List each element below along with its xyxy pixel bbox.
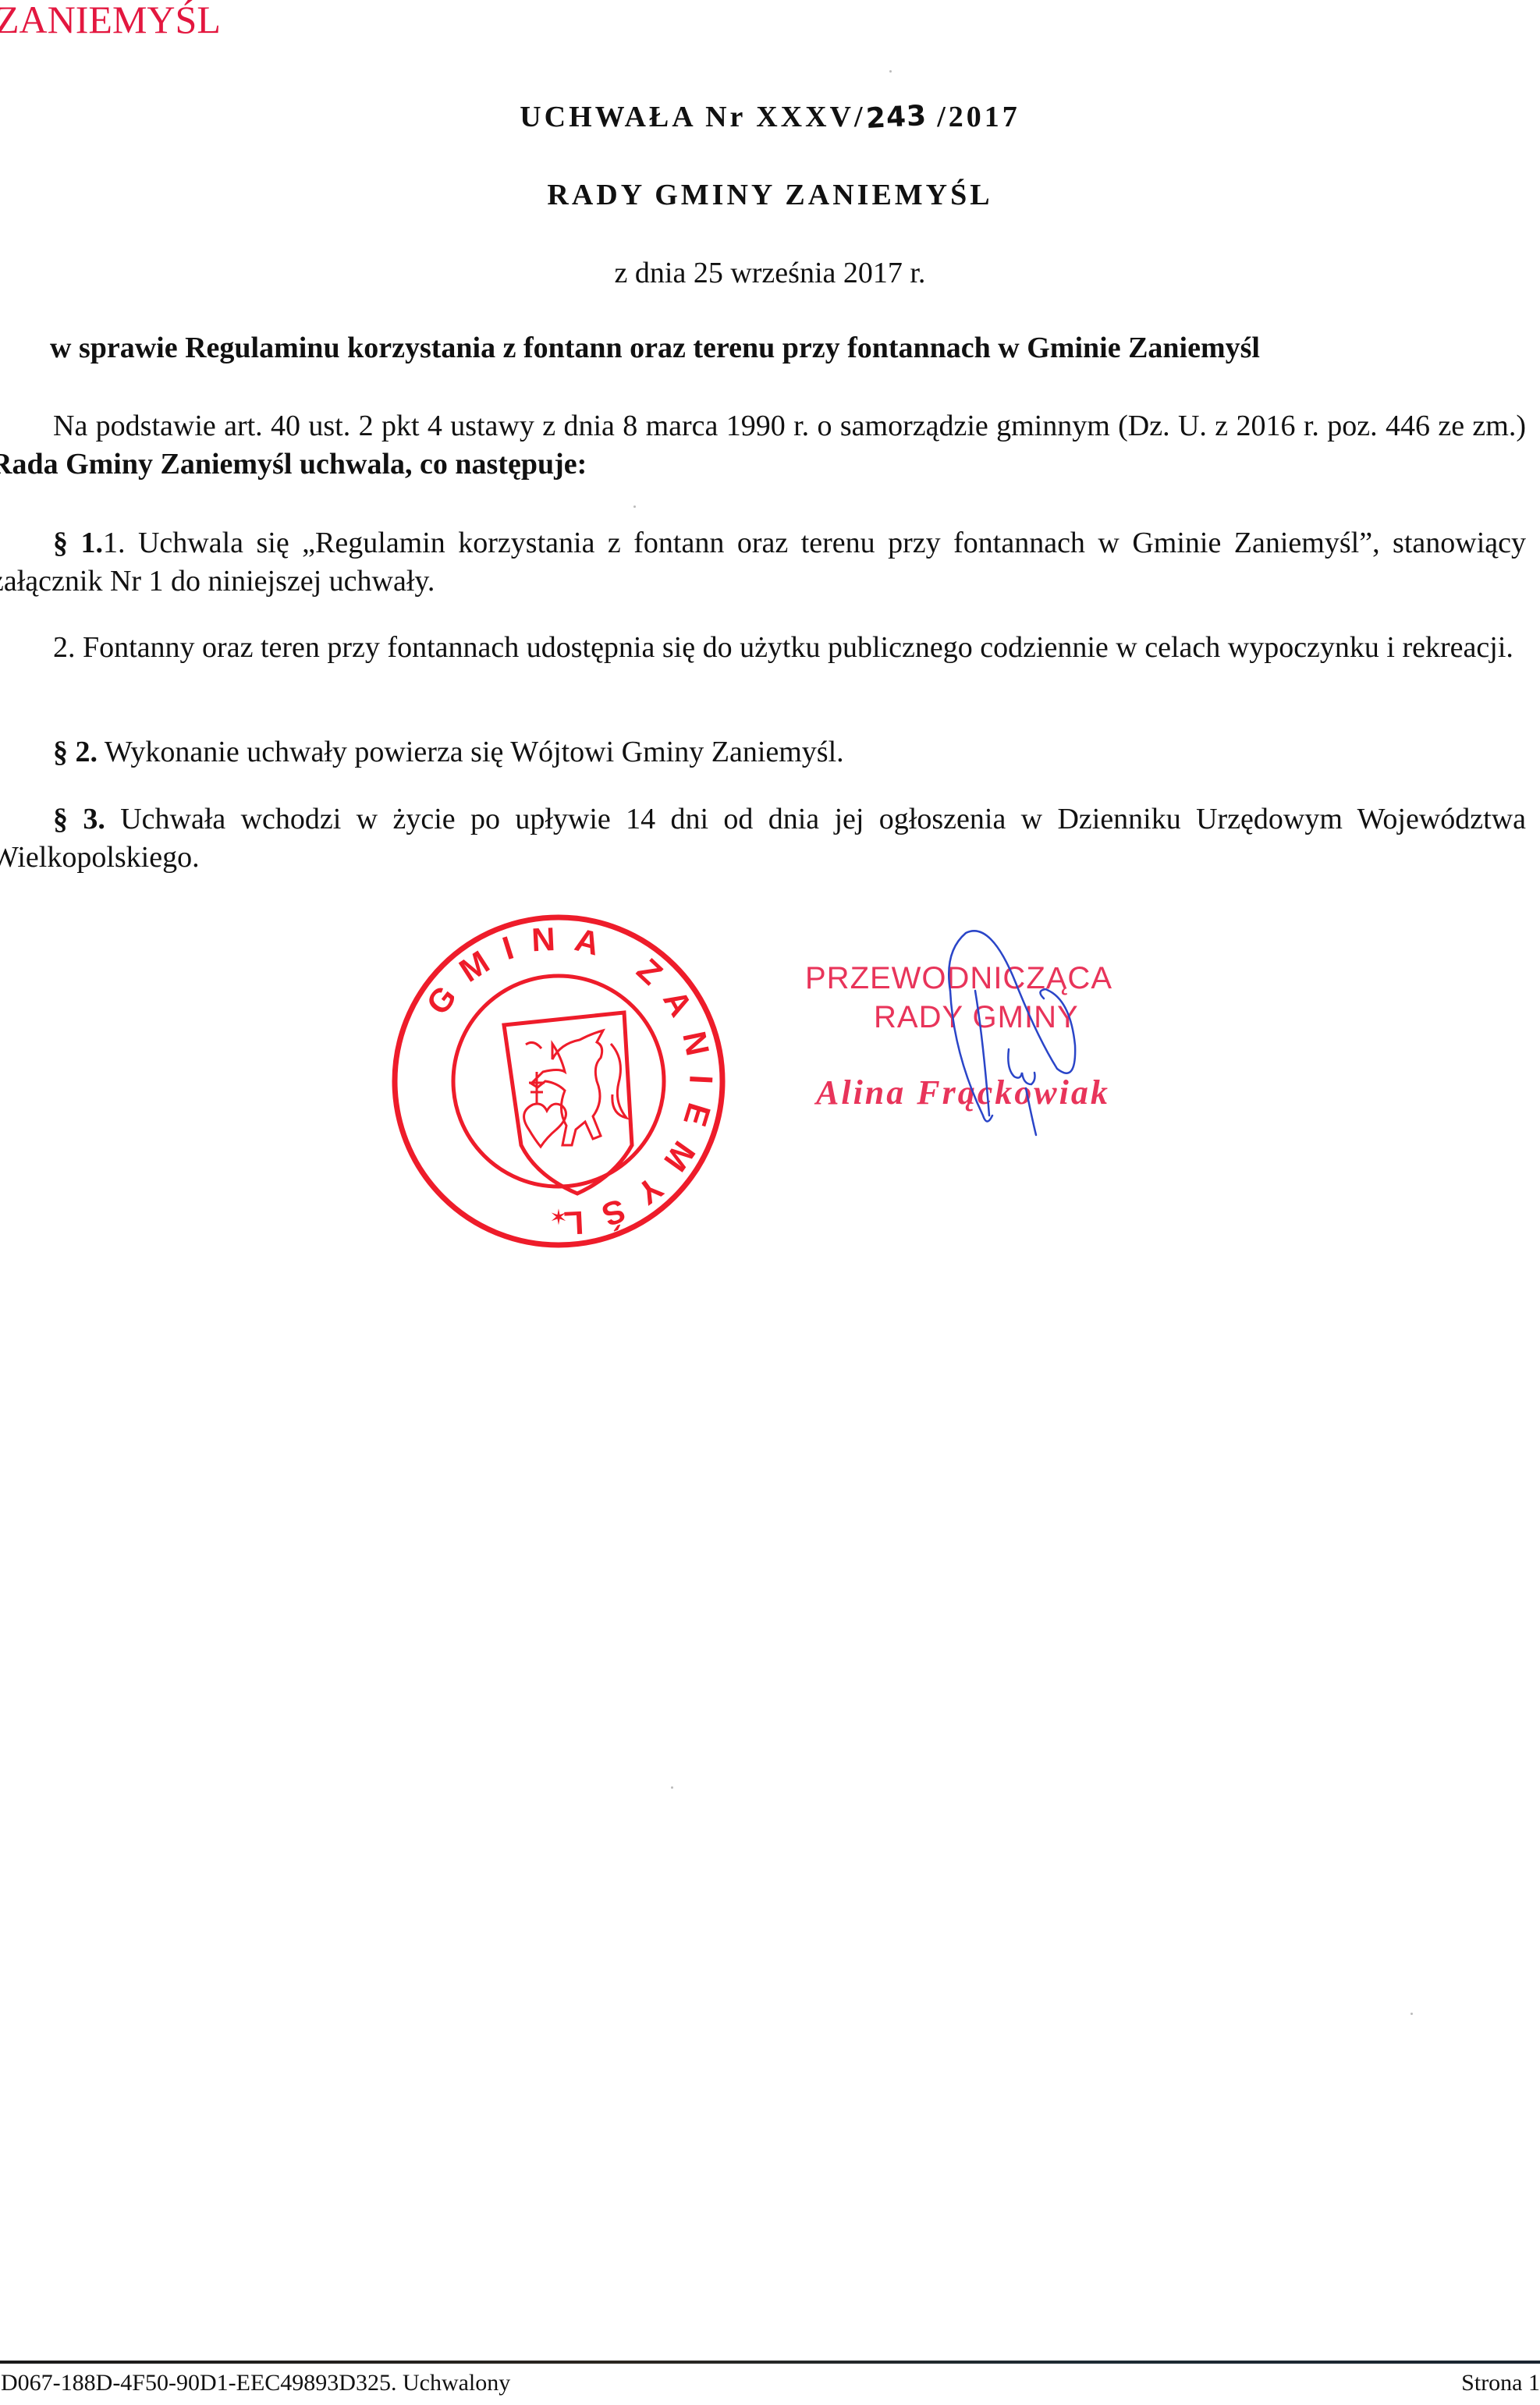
seal-inner-ring-icon bbox=[453, 976, 664, 1187]
handwritten-number: 243 bbox=[865, 100, 928, 135]
footer-divider bbox=[0, 2361, 1540, 2364]
preamble-paragraph: Na podstawie art. 40 ust. 2 pkt 4 ustawy… bbox=[0, 407, 1526, 484]
municipality-stamp-header: ZANIEMYŚL bbox=[0, 0, 221, 42]
heart-cross-icon bbox=[524, 1072, 566, 1147]
resolution-number-prefix: UCHWAŁA Nr XXXV/ bbox=[520, 101, 865, 133]
section-3: § 3. Uchwała wchodzi w życie po upływie … bbox=[0, 800, 1526, 877]
scan-speck bbox=[633, 505, 636, 508]
section-3-text: Uchwała wchodzi w życie po upływie 14 dn… bbox=[0, 803, 1526, 874]
section-1-label: § 1. bbox=[53, 527, 103, 559]
document-id: 5D067-188D-4F50-90D1-EEC49893D325. Uchwa… bbox=[0, 2370, 510, 2396]
issuing-body: RADY GMINY ZANIEMYŚL bbox=[0, 178, 1540, 212]
section-3-label: § 3. bbox=[53, 803, 105, 835]
section-2: § 2. Wykonanie uchwały powierza się Wójt… bbox=[0, 733, 1526, 772]
seal-star-icon: ✶ bbox=[549, 1206, 567, 1230]
handwritten-signature-icon bbox=[788, 920, 1256, 1155]
resolution-subject: w sprawie Regulaminu korzystania z fonta… bbox=[50, 331, 1532, 365]
resolution-number-suffix: /2017 bbox=[927, 101, 1020, 133]
scan-speck bbox=[671, 1786, 673, 1789]
rampant-lion-icon bbox=[526, 1030, 626, 1145]
section-1-point-2-text: 2. Fontanny oraz teren przy fontannach u… bbox=[53, 631, 1513, 664]
municipal-seal: GMINA ZANIEMYŚL ✶ bbox=[389, 911, 729, 1251]
section-1-point-1-text: 1. Uchwala się „Regulamin korzystania z … bbox=[0, 527, 1526, 598]
seal-outer-ring-icon bbox=[395, 917, 722, 1245]
preamble-text: Na podstawie art. 40 ust. 2 pkt 4 ustawy… bbox=[53, 410, 1526, 442]
section-1-point-2: 2. Fontanny oraz teren przy fontannach u… bbox=[0, 629, 1526, 667]
section-2-label: § 2. bbox=[53, 736, 98, 768]
preamble-bold: Rada Gminy Zaniemyśl uchwala, co następu… bbox=[0, 448, 587, 481]
resolution-date: z dnia 25 września 2017 r. bbox=[0, 256, 1540, 290]
resolution-number: UCHWAŁA Nr XXXV/243 /2017 bbox=[0, 100, 1540, 134]
section-2-text: Wykonanie uchwały powierza się Wójtowi G… bbox=[98, 736, 844, 768]
signature-block: PRZEWODNICZĄCA RADY GMINY Alina Frąckowi… bbox=[788, 920, 1256, 1155]
scan-speck bbox=[889, 70, 892, 73]
page-number: Strona 1 bbox=[1461, 2370, 1540, 2396]
scan-speck bbox=[1410, 2013, 1413, 2015]
section-1-point-1: § 1.1. Uchwala się „Regulamin korzystani… bbox=[0, 524, 1526, 601]
